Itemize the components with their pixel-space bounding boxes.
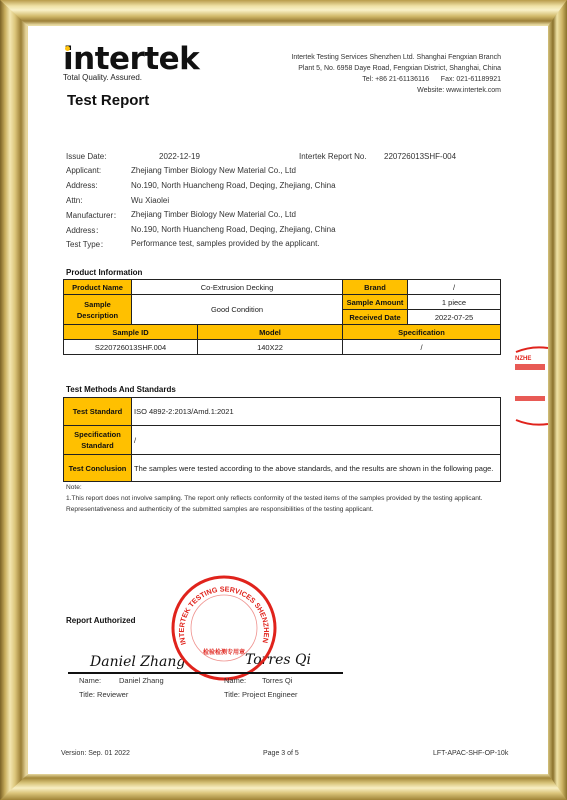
footer-version: Version: Sep. 01 2022 <box>61 750 130 757</box>
attn-label: Attn: <box>66 196 82 205</box>
column-header-sample-id: Sample ID <box>64 325 198 340</box>
report-no-label: Intertek Report No. <box>299 152 367 161</box>
test-type-value: Performance test, samples provided by th… <box>131 239 320 248</box>
manufacturer-address-value: No.190, North Huancheng Road, Deqing, Zh… <box>131 225 336 234</box>
signer2-title: Title: Project Engineer <box>224 690 298 699</box>
signer1-name: Daniel Zhang <box>119 676 164 685</box>
column-header-specification: Specification <box>343 325 501 340</box>
sample-amount-value: 1 piece <box>408 295 501 310</box>
svg-text:NZHE: NZHE <box>515 356 531 362</box>
signer1-title: Title: Reviewer <box>79 690 128 699</box>
frame-bottom <box>0 774 567 800</box>
sample-description-value: Good Condition <box>132 295 343 325</box>
table-row: S220726013SHF.004 140X22 / <box>64 340 501 355</box>
company-seal-icon: INTERTEK TESTING SERVICES SHENZHEN LTD. … <box>170 574 278 682</box>
footer-form-code: LFT-APAC-SHF-OP-10k <box>433 750 508 757</box>
product-name-value: Co-Extrusion Decking <box>132 280 343 295</box>
test-type-label: Test Type： <box>66 239 108 250</box>
company-address-block: Intertek Testing Services Shenzhen Ltd. … <box>291 52 501 96</box>
signer2-name-label: Name: <box>224 676 246 685</box>
table-row: Test Standard ISO 4892-2:2013/Amd.1:2021 <box>64 398 501 426</box>
company-line: Intertek Testing Services Shenzhen Ltd. … <box>291 52 501 63</box>
sample-id-cell: S220726013SHF.004 <box>64 340 198 355</box>
signer2-name: Torres Qi <box>262 676 292 685</box>
report-no-value: 220726013SHF-004 <box>384 152 456 161</box>
test-conclusion-value: The samples were tested according to the… <box>132 455 501 482</box>
applicant-label: Applicant: <box>66 166 101 175</box>
note-text: 1.This report does not involve sampling.… <box>66 493 506 515</box>
seal-center-text: 检验检测专用章 <box>203 648 245 656</box>
signer1-name-label: Name: <box>79 676 101 685</box>
test-conclusion-label: Test Conclusion <box>64 455 132 482</box>
logo-dot-icon <box>65 46 70 51</box>
brand-label: Brand <box>343 280 408 295</box>
column-header-model: Model <box>198 325 343 340</box>
methods-heading: Test Methods And Standards <box>66 385 176 394</box>
sample-amount-label: Sample Amount <box>343 295 408 310</box>
received-date-value: 2022-07-25 <box>408 310 501 325</box>
product-name-label: Product Name <box>64 280 132 295</box>
issue-date-label: Issue Date: <box>66 152 106 161</box>
frame-top <box>0 0 567 26</box>
manufacturer-label: Manufacturer： <box>66 210 121 221</box>
manufacturer-address-label: Address： <box>66 225 103 236</box>
issue-date-value: 2022-12-19 <box>159 152 200 161</box>
table-row: Test Conclusion The samples were tested … <box>64 455 501 482</box>
specification-cell: / <box>343 340 501 355</box>
specification-standard-value: / <box>132 426 501 455</box>
table-row: Specification Standard / <box>64 426 501 455</box>
note-label: Note: <box>66 482 82 493</box>
specification-standard-label: Specification Standard <box>64 426 132 455</box>
signature-line <box>68 672 343 674</box>
company-line: Plant 5, No. 6958 Daye Road, Fengxian Di… <box>291 63 501 74</box>
received-date-label: Received Date <box>343 310 408 325</box>
brand-value: / <box>408 280 501 295</box>
applicant-value: Zhejiang Timber Biology New Material Co.… <box>131 166 296 175</box>
address-value: No.190, North Huancheng Road, Deqing, Zh… <box>131 181 336 190</box>
address-label: Address: <box>66 181 98 190</box>
partial-seal-icon: NZHE <box>511 346 548 426</box>
table-row: Product Name Co-Extrusion Decking Brand … <box>64 280 501 295</box>
product-info-heading: Product Information <box>66 268 142 277</box>
test-standard-value: ISO 4892-2:2013/Amd.1:2021 <box>132 398 501 426</box>
report-authorized-heading: Report Authorized <box>66 616 135 625</box>
frame-right <box>548 0 567 800</box>
footer-page-number: Page 3 of 5 <box>263 750 299 757</box>
table-row: Sample Description Good Condition Sample… <box>64 295 501 310</box>
attn-value: Wu Xiaolei <box>131 196 169 205</box>
company-line: Website: www.intertek.com <box>291 85 501 96</box>
page-title: Test Report <box>67 92 149 109</box>
logo-tagline: Total Quality. Assured. <box>63 73 142 82</box>
company-line: Tel: +86 21-61136116 Fax: 021-61189921 <box>291 74 501 85</box>
table-header-row: Sample ID Model Specification <box>64 325 501 340</box>
frame-left <box>0 0 28 800</box>
test-standard-label: Test Standard <box>64 398 132 426</box>
intertek-logo: intertek <box>63 41 199 77</box>
model-cell: 140X22 <box>198 340 343 355</box>
sample-description-label: Sample Description <box>64 295 132 325</box>
product-info-table: Product Name Co-Extrusion Decking Brand … <box>63 279 501 355</box>
manufacturer-value: Zhejiang Timber Biology New Material Co.… <box>131 210 296 219</box>
methods-table: Test Standard ISO 4892-2:2013/Amd.1:2021… <box>63 397 501 482</box>
